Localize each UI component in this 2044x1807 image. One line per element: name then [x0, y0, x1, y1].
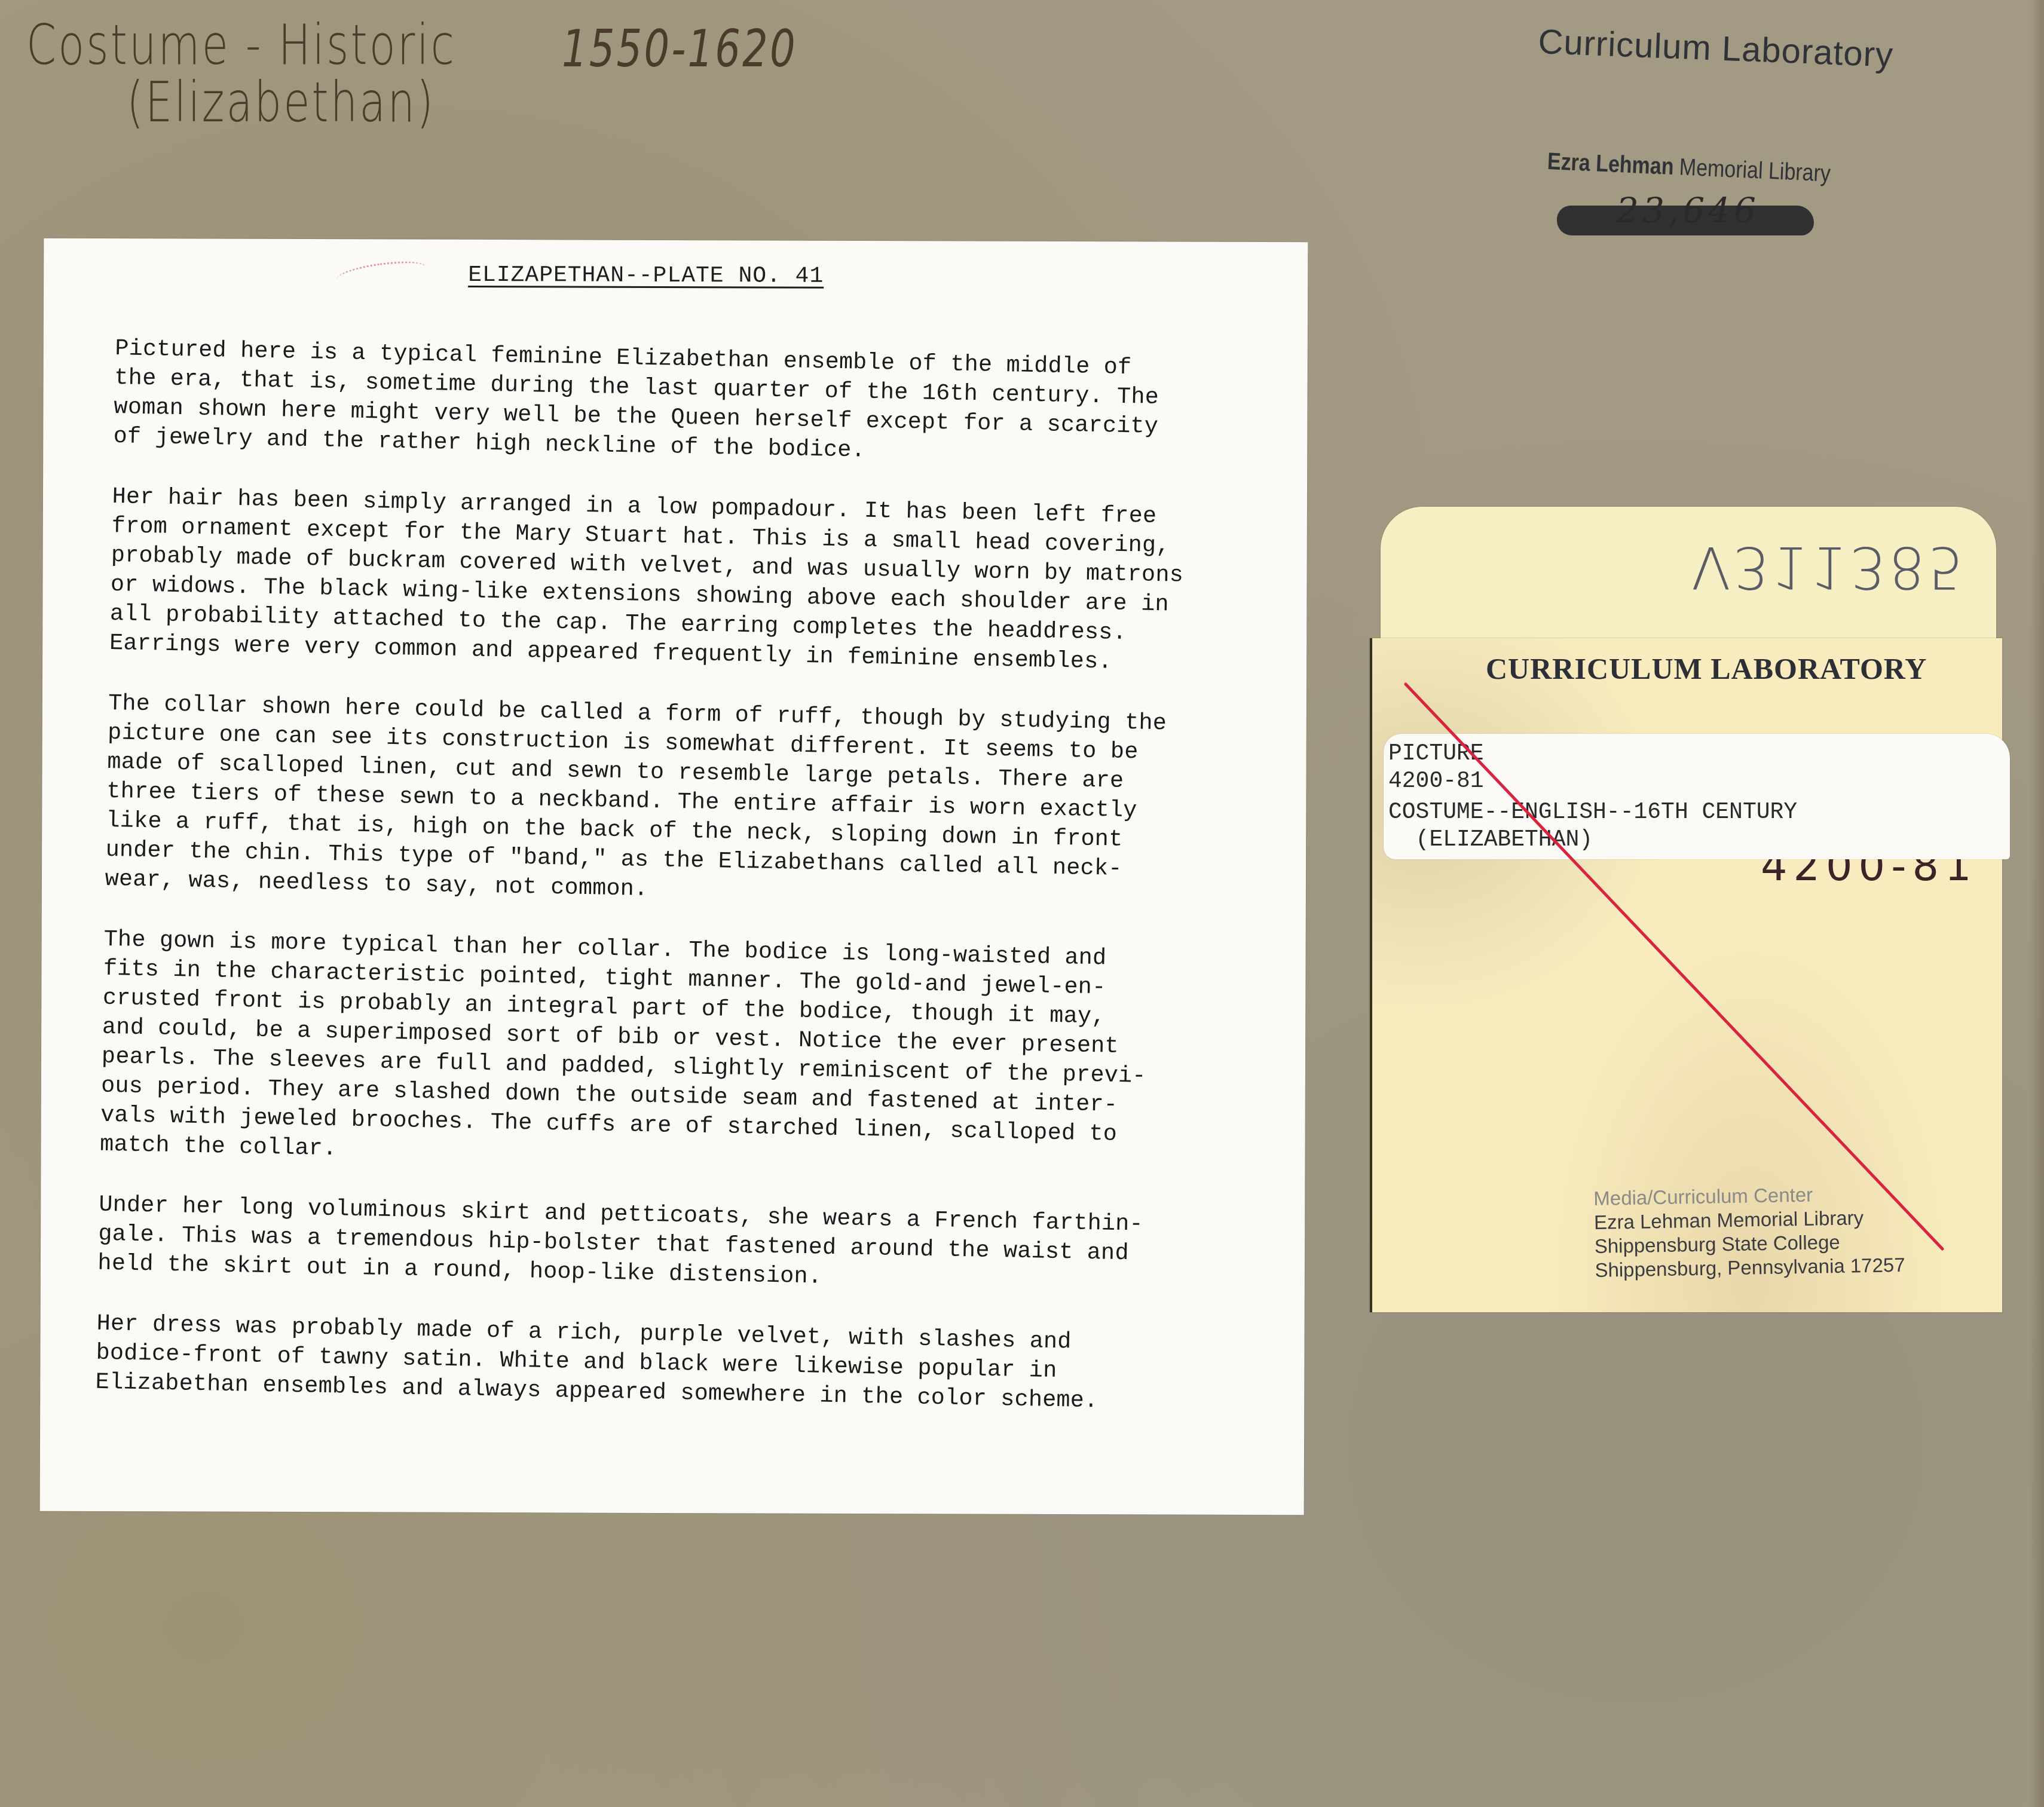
paragraph-collar: The collar shown here could be called a …: [105, 689, 1280, 916]
paragraph-hair: Her hair has been simply arranged in a l…: [109, 482, 1284, 680]
card-handwritten-number: V311385: [1691, 534, 1966, 601]
label-call-number: 4200-81: [1388, 768, 1484, 794]
pocket-address: Media/Curriculum Center Ezra Lehman Memo…: [1593, 1181, 1905, 1282]
curriculum-laboratory-stamp: Curriculum Laboratory: [1537, 22, 1894, 75]
board-edge: [2030, 0, 2044, 1807]
accession-number: 23,646: [1617, 190, 1760, 231]
handwritten-subject: Costume - Historic: [26, 13, 456, 77]
paragraph-colors: Her dress was probably made of a rich, p…: [95, 1309, 1268, 1419]
document-title: ELIZAPETHAN--PLATE NO. 41: [468, 262, 824, 289]
typed-document: ELIZAPETHAN--PLATE NO. 41 Pictured here …: [40, 238, 1308, 1515]
library-stamp-bold: Ezra Lehman: [1547, 148, 1674, 180]
document-body: Pictured here is a typical feminine Eliz…: [94, 334, 1286, 1450]
catalog-label: PICTURE 4200-81 COSTUME--ENGLISH--16TH C…: [1384, 734, 2010, 859]
label-subject: COSTUME--ENGLISH--16TH CENTURY: [1388, 800, 1797, 825]
paragraph-intro: Pictured here is a typical feminine Eliz…: [113, 334, 1286, 473]
handwritten-period: (Elizabethan): [127, 71, 435, 134]
address-line-4: Shippensburg, Pennsylvania 17257: [1595, 1253, 1905, 1282]
red-pencil-mark: [336, 257, 427, 289]
library-stamp: Ezra Lehman Memorial Library: [1547, 148, 1831, 188]
pocket-heading: CURRICULUM LABORATORY: [1486, 651, 1927, 686]
accession-number-block: 23,646: [1557, 192, 1814, 240]
paragraph-farthingale: Under her long voluminous skirt and pett…: [97, 1190, 1270, 1300]
library-stamp-rest: Memorial Library: [1679, 154, 1831, 187]
label-subject-qualifier: (ELIZABETHAN): [1388, 827, 1593, 853]
paragraph-gown: The gown is more typical than her collar…: [100, 925, 1275, 1181]
label-type: PICTURE: [1388, 741, 1484, 767]
handwritten-date-range: 1550-1620: [562, 19, 797, 79]
